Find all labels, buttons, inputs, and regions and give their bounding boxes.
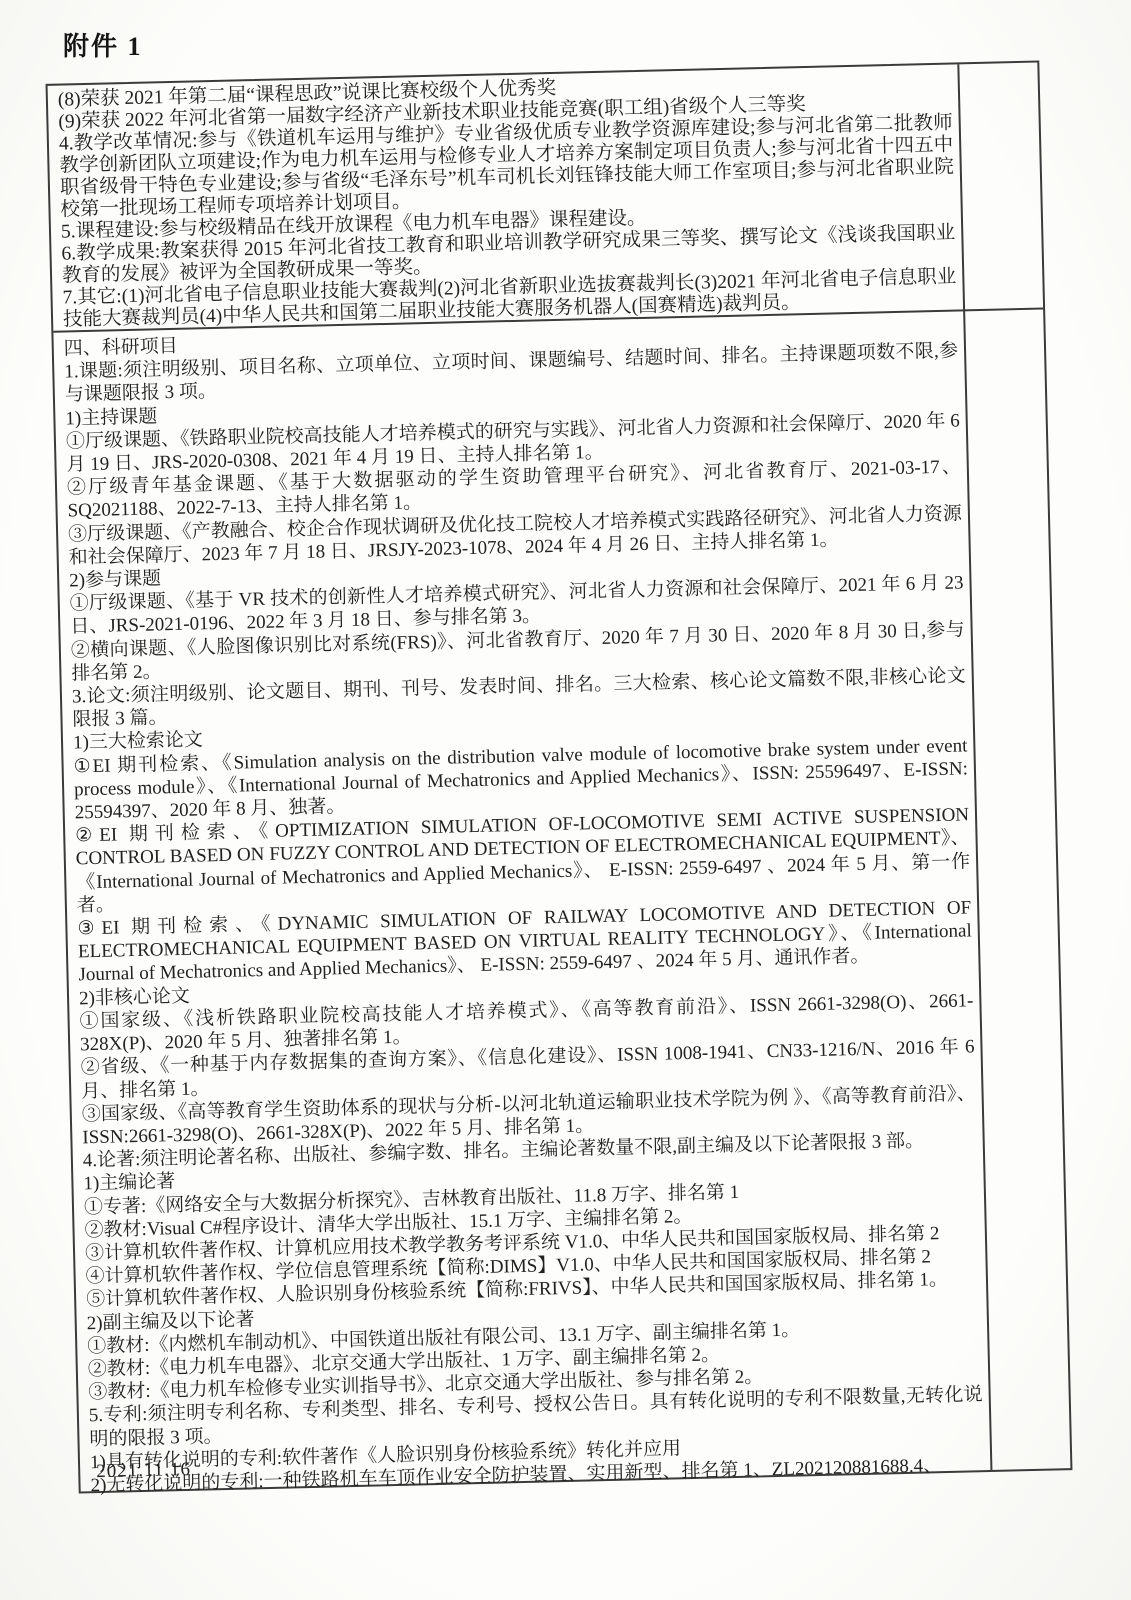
form-table: (8)荣获 2021 年第二届“课程思政”说课比赛校级个人优秀奖(9)荣获 20…: [46, 60, 1073, 1493]
scanned-document-page: 附件 1 (8)荣获 2021 年第二届“课程思政”说课比赛校级个人优秀奖(9)…: [0, 0, 1131, 1600]
table-outer-border: (8)荣获 2021 年第二届“课程思政”说课比赛校级个人优秀奖(9)荣获 20…: [46, 60, 1073, 1493]
cell-research-projects: 四、科研项目1.课题:须注明级别、项目名称、立项单位、立项时间、课题编号、结题时…: [64, 316, 985, 1497]
attachment-label: 附件 1: [63, 26, 143, 63]
patent-grant-date: 2021.11.16: [96, 1459, 191, 1483]
cell-teaching-achievements: (8)荣获 2021 年第二届“课程思政”说课比赛校级个人优秀奖(9)荣获 20…: [58, 69, 957, 332]
